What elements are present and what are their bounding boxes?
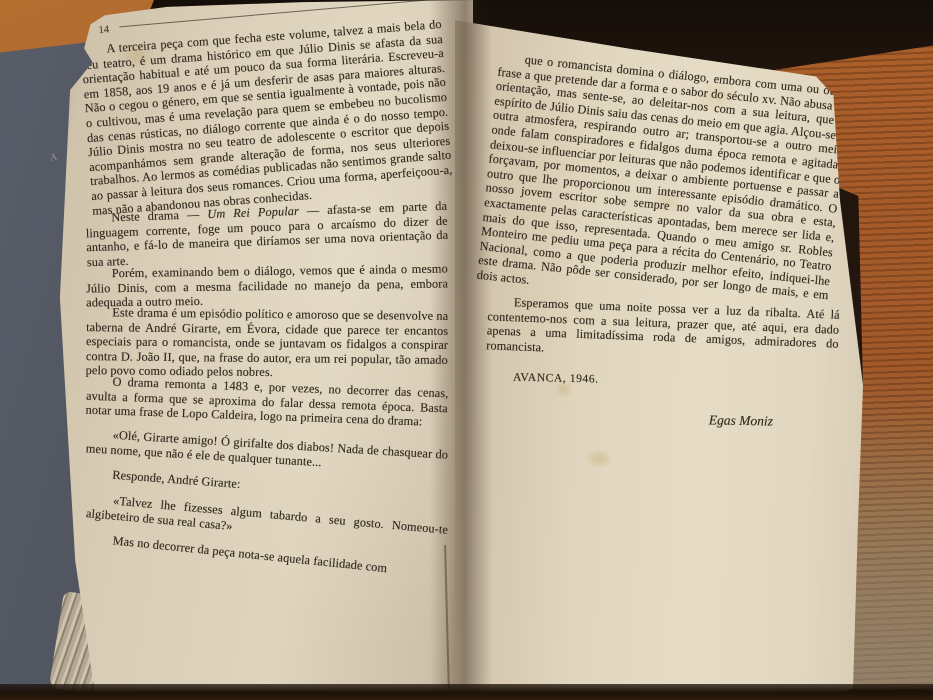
running-head-title: PREFÁCIO xyxy=(489,0,839,61)
paragraph: O drama remonta a 1483 e, por vezes, no … xyxy=(85,374,448,430)
left-page: 14 A terceira peça com que fecha este vo… xyxy=(48,0,473,692)
dateline: AVANCA, 1946. xyxy=(487,371,839,391)
right-page-text-block: PREFÁCIO 15 que o romancista domina o di… xyxy=(487,24,839,427)
left-page-text-block: 14 A terceira peça com que fecha este vo… xyxy=(86,10,448,564)
text-run: que o romancista domina o diálogo, embor… xyxy=(476,52,850,302)
paragraph: Este drama é um episódio político e amor… xyxy=(86,305,449,382)
paragraph: Neste drama — Um Rei Popular — afasta-se… xyxy=(85,199,449,270)
right-page-body: que o romancista domina o diálogo, embor… xyxy=(487,67,839,359)
cover-letter-mark: A xyxy=(49,151,60,163)
paragraph: A terceira peça com que fecha este volum… xyxy=(80,17,454,218)
text-run: Porém, examinando bem o diálogo, vemos q… xyxy=(86,261,448,309)
paragraph: Porém, examinando bem o diálogo, vemos q… xyxy=(86,261,449,310)
table-shadow-strip xyxy=(0,684,933,700)
left-page-number: 14 xyxy=(98,24,109,36)
open-book-photo: A 14 A terceira peça com que fecha este … xyxy=(0,0,933,700)
left-page-body: A terceira peça com que fecha este volum… xyxy=(86,30,448,564)
author-signature: Egas Moniz xyxy=(487,408,773,429)
right-page: PREFÁCIO 15 que o romancista domina o di… xyxy=(455,0,890,695)
text-run: O drama remonta a 1483 e, por vezes, no … xyxy=(85,375,448,429)
text-run: Responde, André Girarte: xyxy=(112,468,241,491)
text-run: «Olé, Girarte amigo! Ó girifalte dos dia… xyxy=(85,428,448,469)
gutter-shadow xyxy=(430,0,492,694)
paragraph: que o romancista domina o diálogo, embor… xyxy=(476,50,850,318)
text-run: A terceira peça com que fecha este volum… xyxy=(81,17,453,218)
text-run: Este drama é um episódio político e amor… xyxy=(86,306,449,380)
